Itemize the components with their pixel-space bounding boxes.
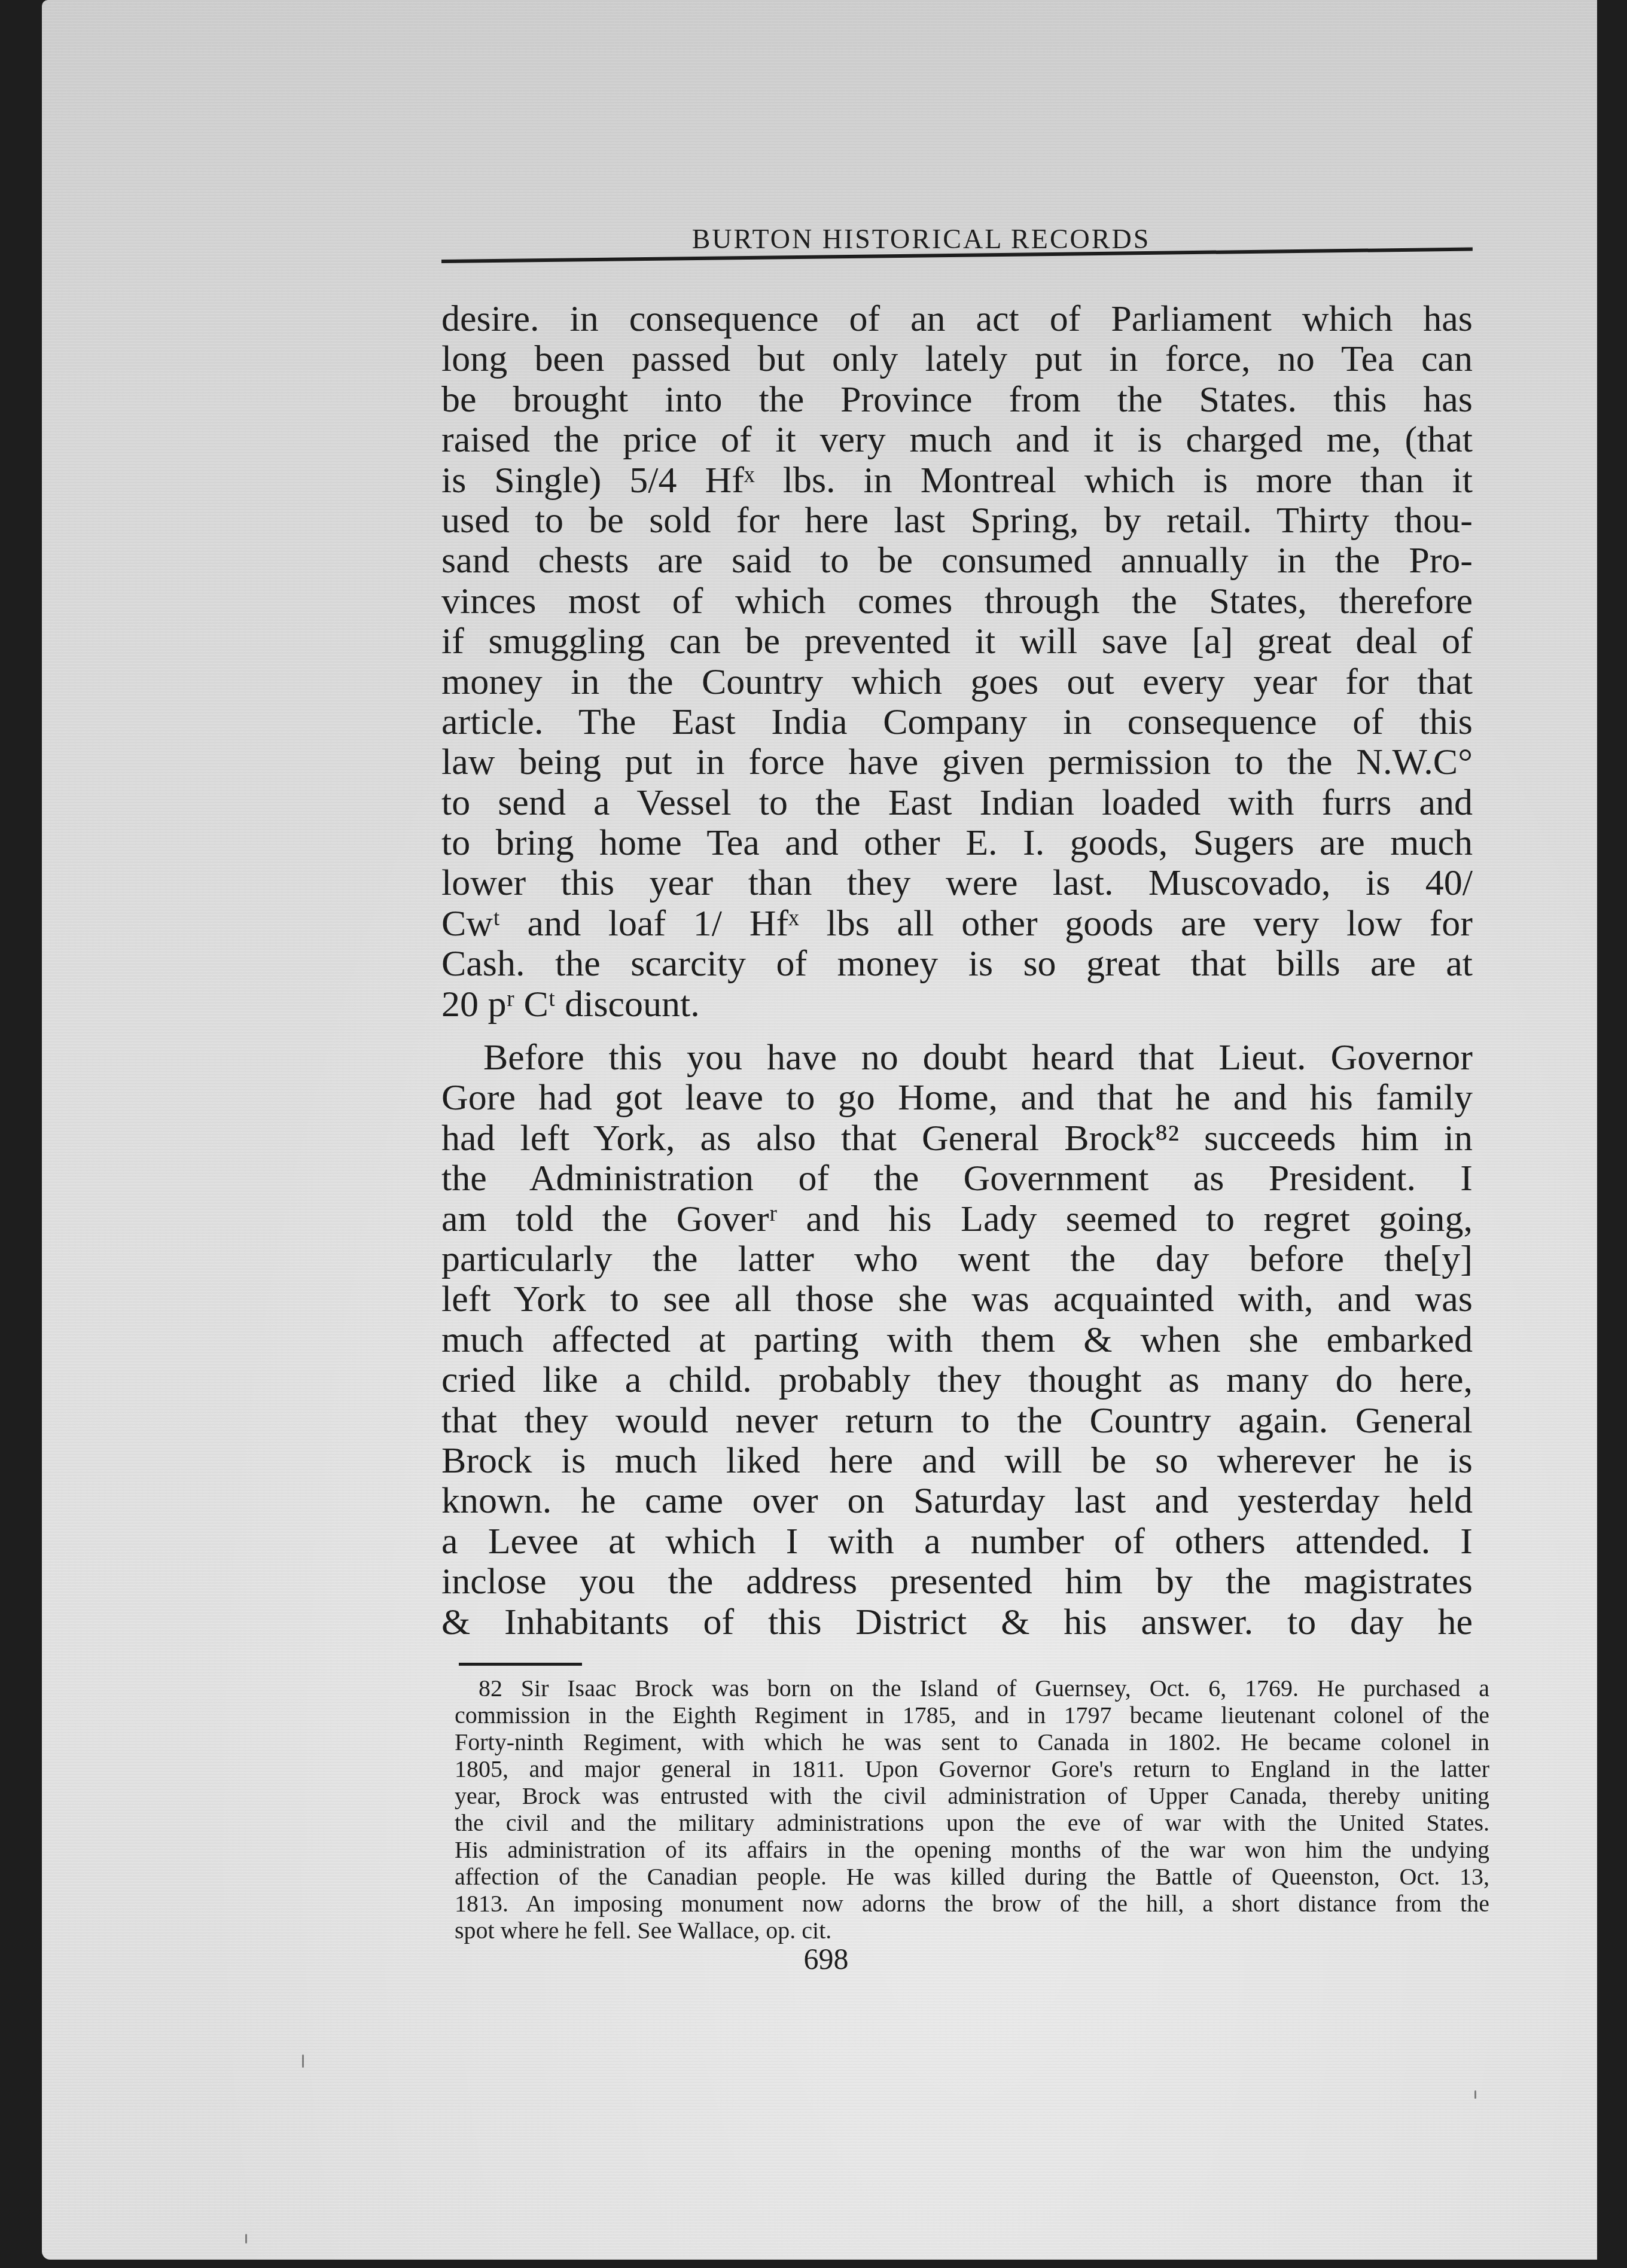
text-line: 20 pʳ Cᵗ discount. — [441, 984, 1473, 1025]
footnote-line: 1813. An imposing monument now adorns th… — [455, 1890, 1489, 1917]
body-text: desire. in consequence of an act of Parl… — [441, 299, 1473, 1642]
text-line: used to be sold for here last Spring, by… — [441, 501, 1473, 541]
footnote-line: His administration of its affairs in the… — [455, 1836, 1489, 1863]
footnote-line: commission in the Eighth Regiment in 178… — [455, 1702, 1489, 1729]
text-line: a Levee at which I with a number of othe… — [441, 1522, 1473, 1562]
footnote-82: 82 Sir Isaac Brock was born on the Islan… — [455, 1675, 1489, 1944]
text-line: the Administration of the Government as … — [441, 1159, 1473, 1199]
text-line: if smuggling can be prevented it will sa… — [441, 621, 1473, 661]
scan-speck — [302, 2054, 304, 2068]
text-line: Brock is much liked here and will be so … — [441, 1441, 1473, 1481]
footnote-rule — [459, 1663, 582, 1666]
footnote-line: spot where he fell. See Wallace, op. cit… — [455, 1917, 1489, 1944]
footnote-line: 82 Sir Isaac Brock was born on the Islan… — [455, 1675, 1489, 1702]
footnote-line: year, Brock was entrusted with the civil… — [455, 1782, 1489, 1809]
text-line: lower this year than they were last. Mus… — [441, 863, 1473, 903]
text-line: left York to see all those she was acqua… — [441, 1279, 1473, 1319]
text-line: Cwᵗ and loaf 1/ Hfˣ lbs all other goods … — [441, 904, 1473, 944]
text-line: that they would never return to the Coun… — [441, 1401, 1473, 1441]
text-line: to bring home Tea and other E. I. goods,… — [441, 823, 1473, 863]
text-line: long been passed but only lately put in … — [441, 339, 1473, 379]
scan-speck — [1474, 2090, 1476, 2099]
text-line: sand chests are said to be consumed annu… — [441, 541, 1473, 581]
scanned-page: BURTON HISTORICAL RECORDS desire. in con… — [42, 0, 1597, 2260]
text-line: am told the Goverʳ and his Lady seemed t… — [441, 1199, 1473, 1239]
text-line: cried like a child. probably they though… — [441, 1360, 1473, 1400]
text-line: particularly the latter who went the day… — [441, 1239, 1473, 1279]
paragraph-1: desire. in consequence of an act of Parl… — [441, 299, 1473, 1025]
text-line: Gore had got leave to go Home, and that … — [441, 1078, 1473, 1118]
text-line: money in the Country which goes out ever… — [441, 662, 1473, 702]
footnote-line: affection of the Canadian people. He was… — [455, 1863, 1489, 1890]
text-line: article. The East India Company in conse… — [441, 702, 1473, 742]
page-number: 698 — [42, 1944, 1597, 1974]
paragraph-2: Before this you have no doubt heard that… — [441, 1038, 1473, 1642]
text-line: be brought into the Province from the St… — [441, 380, 1473, 420]
text-line: Before this you have no doubt heard that… — [441, 1038, 1473, 1078]
text-line: to send a Vessel to the East Indian load… — [441, 783, 1473, 823]
text-line: Cash. the scarcity of money is so great … — [441, 944, 1473, 984]
text-line: known. he came over on Saturday last and… — [441, 1481, 1473, 1521]
text-line: desire. in consequence of an act of Parl… — [441, 299, 1473, 339]
text-line: law being put in force have given permis… — [441, 742, 1473, 782]
scan-speck — [245, 2234, 247, 2243]
text-line: is Single) 5/4 Hfˣ lbs. in Montreal whic… — [441, 461, 1473, 501]
text-line: vinces most of which comes through the S… — [441, 581, 1473, 621]
footnote-line: 1805, and major general in 1811. Upon Go… — [455, 1755, 1489, 1782]
footnote-line: Forty-ninth Regiment, with which he was … — [455, 1729, 1489, 1755]
text-line: much affected at parting with them & whe… — [441, 1320, 1473, 1360]
text-line: inclose you the address presented him by… — [441, 1562, 1473, 1602]
text-line: & Inhabitants of this District & his ans… — [441, 1602, 1473, 1642]
text-line: had left York, as also that General Broc… — [441, 1118, 1473, 1159]
footnote-line: the civil and the military administratio… — [455, 1809, 1489, 1836]
paragraph-gap — [441, 1025, 1473, 1038]
text-line: raised the price of it very much and it … — [441, 420, 1473, 460]
